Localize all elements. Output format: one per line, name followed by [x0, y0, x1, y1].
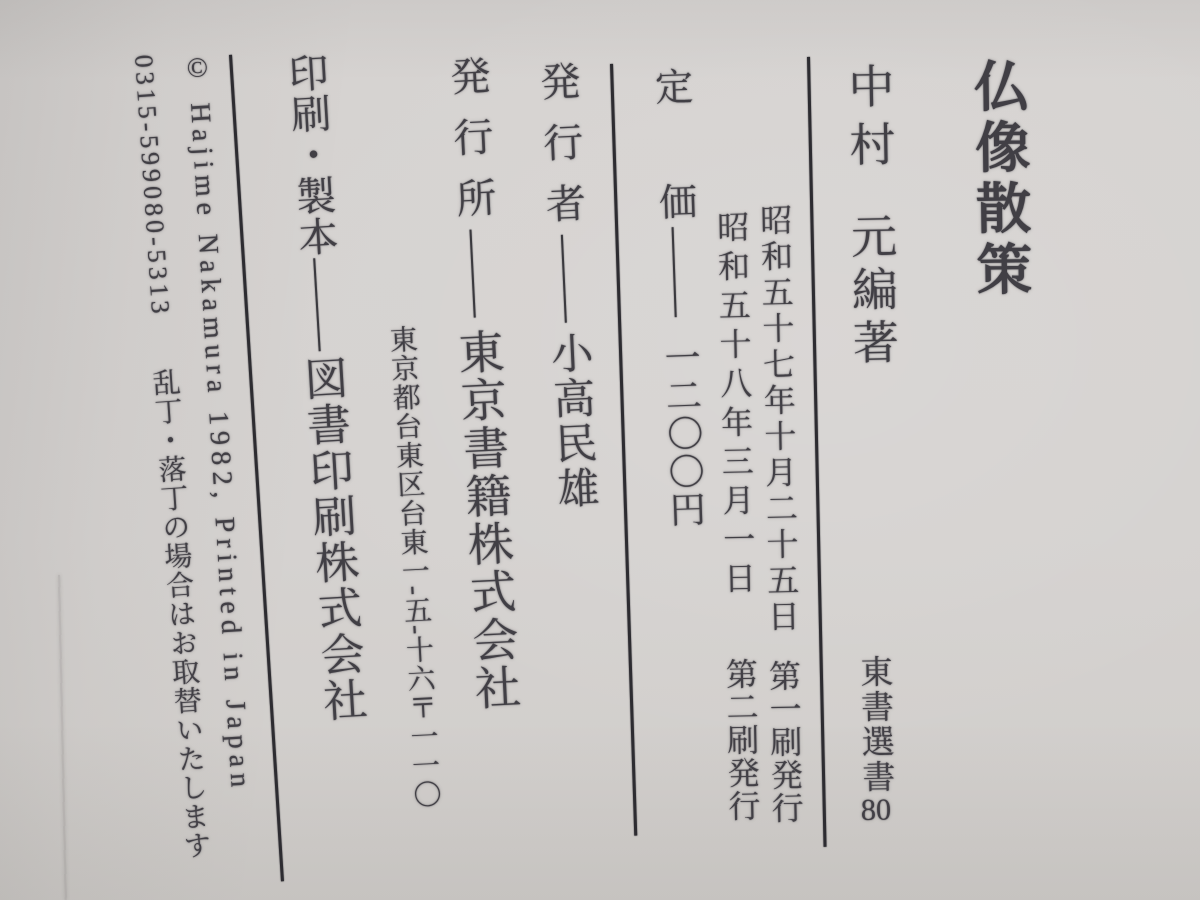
issuer-column: 発行者 小高民雄 — [532, 60, 584, 245]
publisher-label: 発行所 — [444, 55, 498, 240]
publisher-name: 東京書籍株式会社 — [453, 327, 518, 713]
issuer-name: 小高民雄 — [546, 331, 596, 513]
divider-rule-middle — [610, 64, 637, 836]
printer-column: 印刷・製本 図書印刷株式会社 — [280, 51, 336, 258]
series-number: 80 — [859, 794, 894, 825]
edition-second-column: 昭和五十八年三月一日 第二刷発行 — [710, 210, 754, 601]
publisher-column: 発行所 東京書籍株式会社 — [438, 55, 495, 240]
paper-crease — [58, 575, 67, 900]
edition-first-column: 昭和五十七年十月二十五日 第一刷発行 — [753, 203, 798, 636]
series-label: 東書選書 — [855, 654, 894, 795]
printer-dash — [313, 258, 321, 351]
publisher-address: 東京都台東区台東一-五-十六〒一一〇 — [382, 324, 439, 810]
book-code: 0315-599080-5313 — [129, 54, 175, 319]
edition-first-date: 昭和五十七年十月二十五日 — [756, 203, 800, 636]
printer-name: 図書印刷株式会社 — [298, 355, 364, 725]
author-surname: 中村 — [842, 62, 895, 179]
edition-second-printing: 第二刷発行 — [724, 657, 759, 823]
colophon-photo: 仏像散策 中村 元編著 昭和五十七年十月二十五日 第一刷発行 昭和五十八年三月一… — [0, 0, 1200, 900]
issuer-label: 発行者 — [534, 60, 587, 245]
author-given-credit: 元編著 — [847, 212, 896, 372]
printer-label: 印刷・製本 — [282, 51, 339, 258]
issuer-dash — [560, 235, 566, 323]
edition-second-date: 昭和五十八年三月一日 — [713, 210, 756, 601]
divider-rule-right — [807, 57, 826, 847]
publisher-dash — [469, 230, 476, 318]
price-column: 定価 一二〇〇円 — [646, 67, 696, 298]
edition-first-printing: 第一刷発行 — [767, 659, 802, 825]
series-column: 東書選書80 — [851, 654, 892, 825]
book-code-column: 0315-599080-5313 乱丁・落丁の場合はお取替いたします — [124, 54, 173, 319]
price-value: 一二〇〇円 — [661, 338, 704, 529]
book-title: 仏像散策 — [966, 57, 1027, 302]
author-column: 中村 元編著 — [840, 62, 892, 179]
